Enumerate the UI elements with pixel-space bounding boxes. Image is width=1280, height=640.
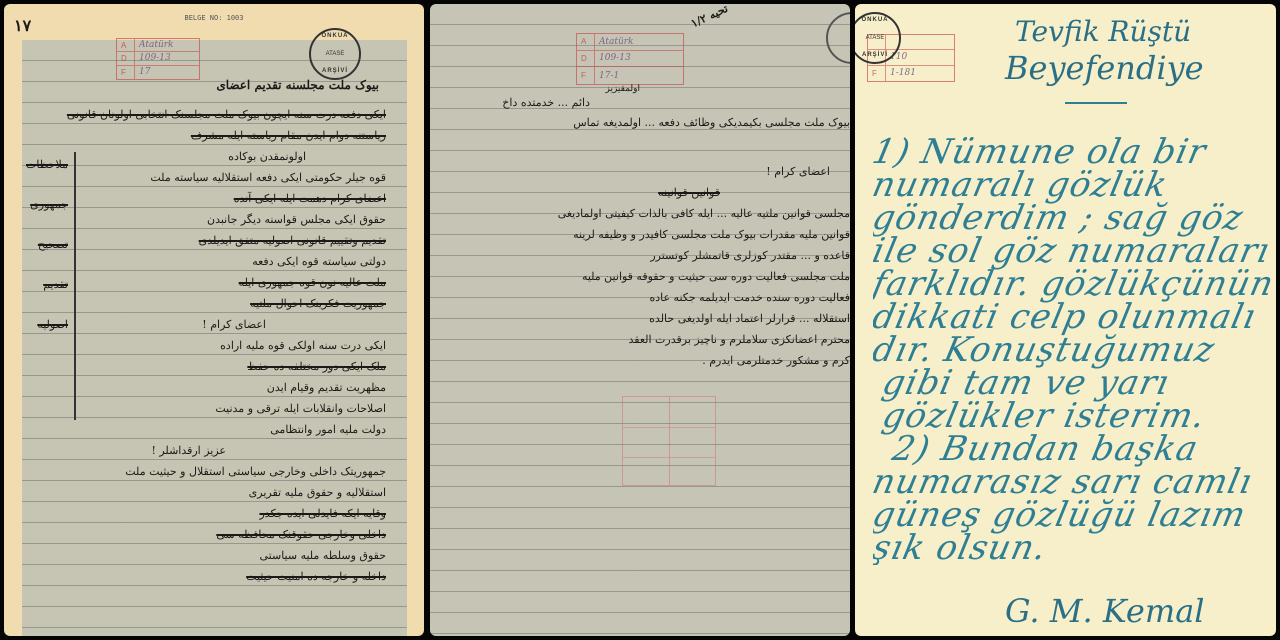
stamp-f-value: 17 — [135, 66, 199, 79]
heading-annotation: اولمقیزیز — [580, 84, 640, 94]
archive-stamp: AAtatürk D109-13 F17 — [116, 38, 200, 80]
archive-seal: ONKUA ATASE ARŞİVİ — [309, 28, 361, 80]
salutation: Tevfik Rüştü Beyefendiye — [1005, 14, 1204, 86]
document-heading: بیوک ملت مجلسنه تقدیم اعضای — [204, 78, 379, 92]
stamp-f-value: 1-181 — [886, 66, 954, 81]
stamp-f-value: 17-1 — [595, 67, 683, 84]
seal-bottom-text: ARŞİVİ — [322, 68, 348, 74]
archive-stamp: AAtatürk D109-13 F17-1 — [576, 33, 684, 85]
corner-note: ۱۷ — [14, 16, 31, 35]
seal-middle-text: ATASE — [866, 35, 885, 41]
document-body: ایکی دفعه درت سنه ایچون بیوک ملت مجلسنک … — [26, 104, 386, 587]
seal-top-text: ONKUA — [862, 17, 889, 23]
seal-bottom-text: ARŞİVİ — [862, 52, 888, 58]
seal-top-text: ONKUA — [322, 33, 349, 39]
stamp-d-value: 109-13 — [135, 52, 199, 65]
stamp-d-value: 109-13 — [595, 51, 683, 68]
document-body: بیوک ملت مجلسی بکیمدیکی وظائف دفعه ... ا… — [430, 112, 850, 371]
document-panel-left[interactable]: BELGE NO: 1003 ۱۷ AAtatürk D109-13 F17 O… — [4, 4, 424, 636]
faint-receipt-stamp — [622, 396, 716, 486]
seal-middle-text: ATASE — [326, 51, 345, 57]
signature: G. M. Kemal — [1005, 592, 1205, 630]
document-heading: دائم ... خدمتده داخ — [490, 96, 590, 109]
stamp-a-value: Atatürk — [135, 39, 199, 52]
document-gallery: BELGE NO: 1003 ۱۷ AAtatürk D109-13 F17 O… — [0, 0, 1280, 640]
header-strip: BELGE NO: 1003 — [24, 14, 404, 28]
letter-body: 1) Nümune ola bir numaralı gözlük gönder… — [873, 136, 1273, 565]
archive-seal-partial — [826, 12, 850, 64]
document-panel-right[interactable]: 110 F1-181 ONKUA ATASE ARŞİVİ Tevfik Rüş… — [855, 4, 1276, 636]
document-panel-middle[interactable]: تحیه ۱/۲ AAtatürk D109-13 F17-1 اولمقیزی… — [430, 4, 850, 636]
salutation-underline — [1065, 102, 1127, 104]
stamp-a-value: Atatürk — [595, 34, 683, 51]
